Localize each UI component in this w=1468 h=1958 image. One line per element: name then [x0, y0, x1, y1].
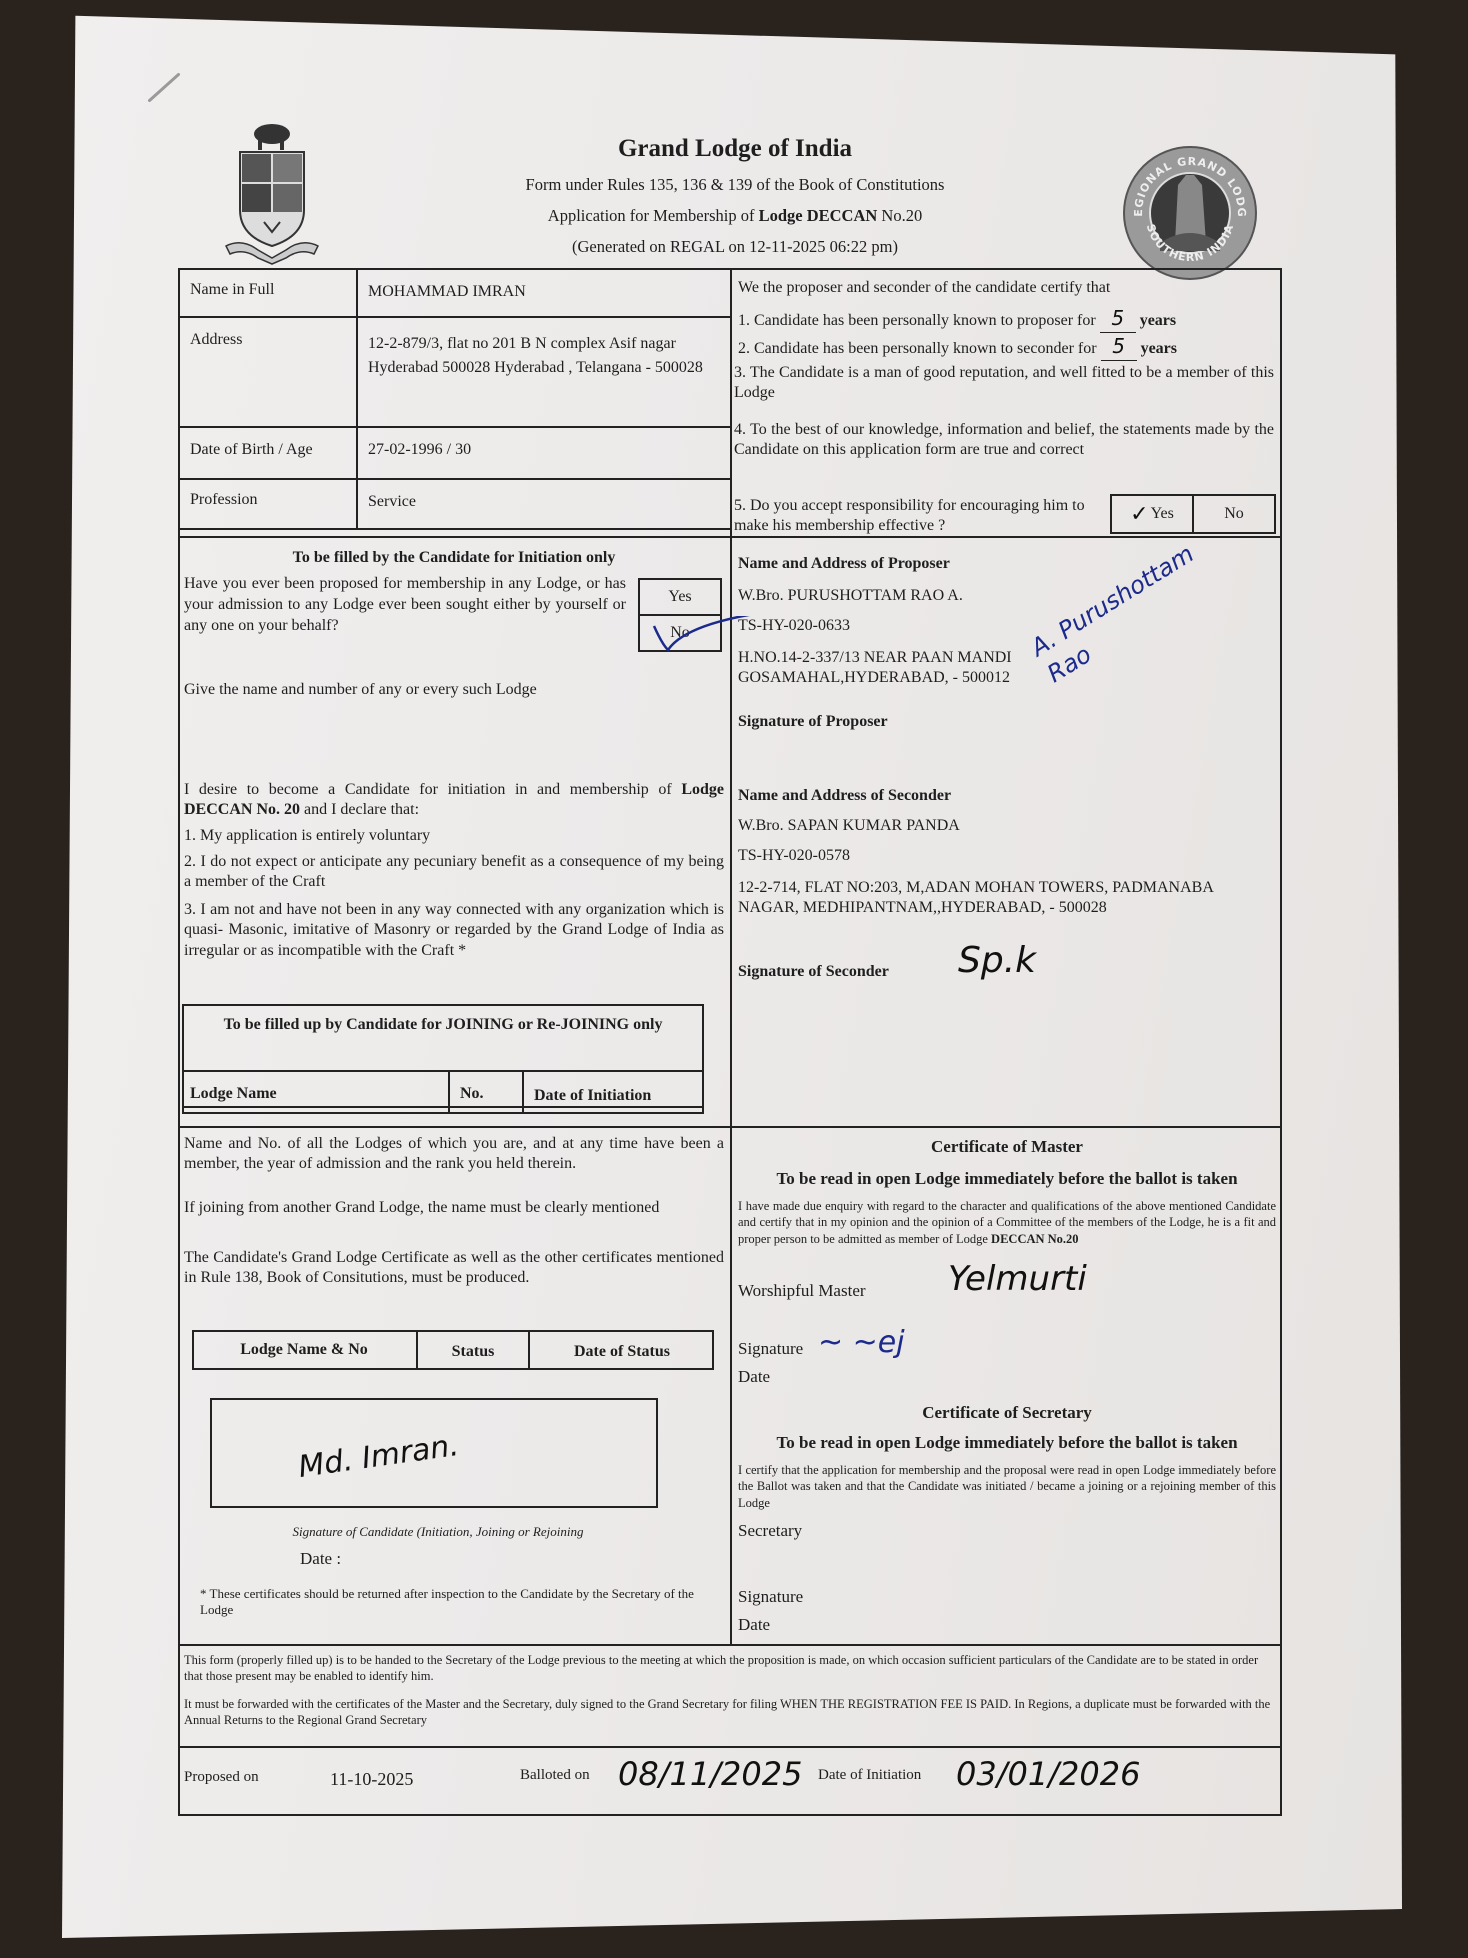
signature-caption: Signature of Candidate (Initiation, Join…	[198, 1524, 678, 1540]
row-divider	[178, 1126, 1282, 1128]
responsibility-yes-option[interactable]: ✓Yes	[1110, 494, 1194, 534]
lodge-prompt: Give the name and number of any or every…	[184, 680, 537, 700]
check-mark-icon: ✓	[1130, 502, 1148, 527]
certify-item-3: 3. The Candidate is a man of good reputa…	[734, 363, 1274, 404]
initiation-heading: To be filled by the Candidate for Initia…	[178, 548, 730, 568]
proposer-signature-label: Signature of Proposer	[738, 712, 888, 732]
declaration-2: 2. I do not expect or anticipate any pec…	[184, 852, 724, 893]
proposer-heading: Name and Address of Proposer	[738, 554, 950, 574]
joining-col-lodge-name: Lodge Name	[190, 1084, 277, 1104]
form-header: Grand Lodge of India Form under Rules 13…	[380, 135, 1090, 262]
master-subtitle: To be read in open Lodge immediately bef…	[734, 1168, 1280, 1190]
seconder-signature: Sp.k	[958, 938, 1036, 984]
application-line: Application for Membership of Lodge DECC…	[380, 200, 1090, 231]
membership-form: Name in Full MOHAMMAD IMRAN Address 12-2…	[178, 268, 1282, 1816]
membership-text-2: If joining from another Grand Lodge, the…	[184, 1198, 724, 1218]
row-divider	[178, 536, 1282, 538]
seconder-address: 12-2-714, FLAT NO:203, M,ADAN MOHAN TOWE…	[738, 878, 1258, 919]
master-title: Certificate of Master	[734, 1136, 1280, 1158]
certify-item-1: 1. Candidate has been personally known t…	[738, 306, 1273, 333]
field-divider	[356, 268, 358, 528]
address-value: 12-2-879/3, flat no 201 B N complex Asif…	[368, 332, 718, 380]
profession-label: Profession	[190, 490, 258, 510]
initiation-date-value: 03/01/2026	[956, 1754, 1140, 1795]
declaration-1: 1. My application is entirely voluntary	[184, 826, 724, 846]
proposed-no-option[interactable]: No	[638, 614, 722, 652]
dob-value: 27-02-1996 / 30	[368, 440, 471, 460]
declaration-intro: I desire to become a Candidate for initi…	[184, 780, 724, 821]
proposer-years[interactable]: 5	[1100, 306, 1136, 333]
address-label: Address	[190, 330, 242, 350]
row-divider	[182, 1106, 704, 1108]
joining-col-no: No.	[460, 1084, 484, 1104]
proposer-name: W.Bro. PURUSHOTTAM RAO A.	[738, 586, 963, 606]
seconder-years[interactable]: 5	[1101, 334, 1137, 361]
proposed-question: Have you ever been proposed for membersh…	[184, 574, 626, 636]
regional-grand-lodge-seal-icon: REGIONAL GRAND LODGE SOUTHERN INDIA	[1120, 143, 1260, 283]
certify-item-5: 5. Do you accept responsibility for enco…	[734, 496, 1109, 537]
initiation-date-label: Date of Initiation	[818, 1766, 921, 1785]
profession-value: Service	[368, 492, 416, 512]
joining-heading: To be filled up by Candidate for JOINING…	[188, 1014, 698, 1036]
master-date-label: Date	[738, 1366, 770, 1388]
name-label: Name in Full	[190, 280, 274, 300]
row-divider	[178, 528, 730, 530]
row-divider	[178, 1746, 1282, 1748]
grand-lodge-crest-icon	[222, 118, 322, 268]
balloted-on-label: Balloted on	[520, 1766, 590, 1785]
seconder-name: W.Bro. SAPAN KUMAR PANDA	[738, 816, 960, 836]
seconder-heading: Name and Address of Seconder	[738, 786, 951, 806]
secretary-label: Secretary	[738, 1520, 802, 1542]
status-col-date: Date of Status	[530, 1342, 714, 1362]
certificates-footnote: * These certificates should be returned …	[200, 1586, 700, 1619]
proposed-on-label: Proposed on	[184, 1768, 259, 1787]
worshipful-master-label: Worshipful Master	[738, 1280, 866, 1302]
form-rules-line: Form under Rules 135, 136 & 139 of the B…	[380, 169, 1090, 200]
name-value: MOHAMMAD IMRAN	[368, 282, 526, 302]
secretary-text: I certify that the application for membe…	[738, 1462, 1276, 1511]
master-text: I have made due enquiry with regard to t…	[738, 1198, 1276, 1247]
secretary-subtitle: To be read in open Lodge immediately bef…	[734, 1432, 1280, 1454]
row-divider	[178, 478, 730, 480]
secretary-signature-label: Signature	[738, 1586, 803, 1608]
generated-line: (Generated on REGAL on 12-11-2025 06:22 …	[380, 231, 1090, 262]
candidate-date-label: Date :	[300, 1548, 341, 1570]
secretary-title: Certificate of Secretary	[734, 1402, 1280, 1424]
dob-label: Date of Birth / Age	[190, 440, 313, 460]
footer-note-2: It must be forwarded with the certificat…	[184, 1696, 1276, 1729]
secretary-date-label: Date	[738, 1614, 770, 1636]
row-divider	[182, 1070, 704, 1072]
joining-col-date: Date of Initiation	[534, 1086, 651, 1106]
row-divider	[178, 316, 730, 318]
declaration-3: 3. I am not and have not been in any way…	[184, 900, 724, 961]
membership-text-3: The Candidate's Grand Lodge Certificate …	[184, 1248, 724, 1289]
row-divider	[178, 1644, 1282, 1646]
proposer-address: H.NO.14-2-337/13 NEAR PAAN MANDI GOSAMAH…	[738, 648, 1078, 689]
page-title: Grand Lodge of India	[380, 135, 1090, 163]
certify-item-4: 4. To the best of our knowledge, informa…	[734, 420, 1274, 461]
master-signature-label: Signature	[738, 1338, 803, 1360]
proposer-reg-no: TS-HY-020-0633	[738, 616, 850, 636]
status-col-lodge: Lodge Name & No	[192, 1340, 416, 1360]
proposed-on-value: 11-10-2025	[330, 1768, 413, 1791]
master-signature: ~ ~ej	[818, 1324, 905, 1362]
certify-intro: We the proposer and seconder of the cand…	[738, 278, 1273, 298]
worshipful-master-signature: Yelmurti	[948, 1258, 1087, 1302]
column-divider	[730, 268, 732, 1644]
membership-text-1: Name and No. of all the Lodges of which …	[184, 1134, 724, 1175]
seconder-signature-label: Signature of Seconder	[738, 962, 889, 982]
certify-item-2: 2. Candidate has been personally known t…	[738, 334, 1273, 361]
balloted-on-value: 08/11/2025	[618, 1754, 802, 1795]
proposed-yes-option[interactable]: Yes	[638, 578, 722, 616]
footer-note-1: This form (properly filled up) is to be …	[184, 1652, 1276, 1685]
seconder-reg-no: TS-HY-020-0578	[738, 846, 850, 866]
status-col-status: Status	[418, 1342, 528, 1362]
row-divider	[178, 426, 730, 428]
